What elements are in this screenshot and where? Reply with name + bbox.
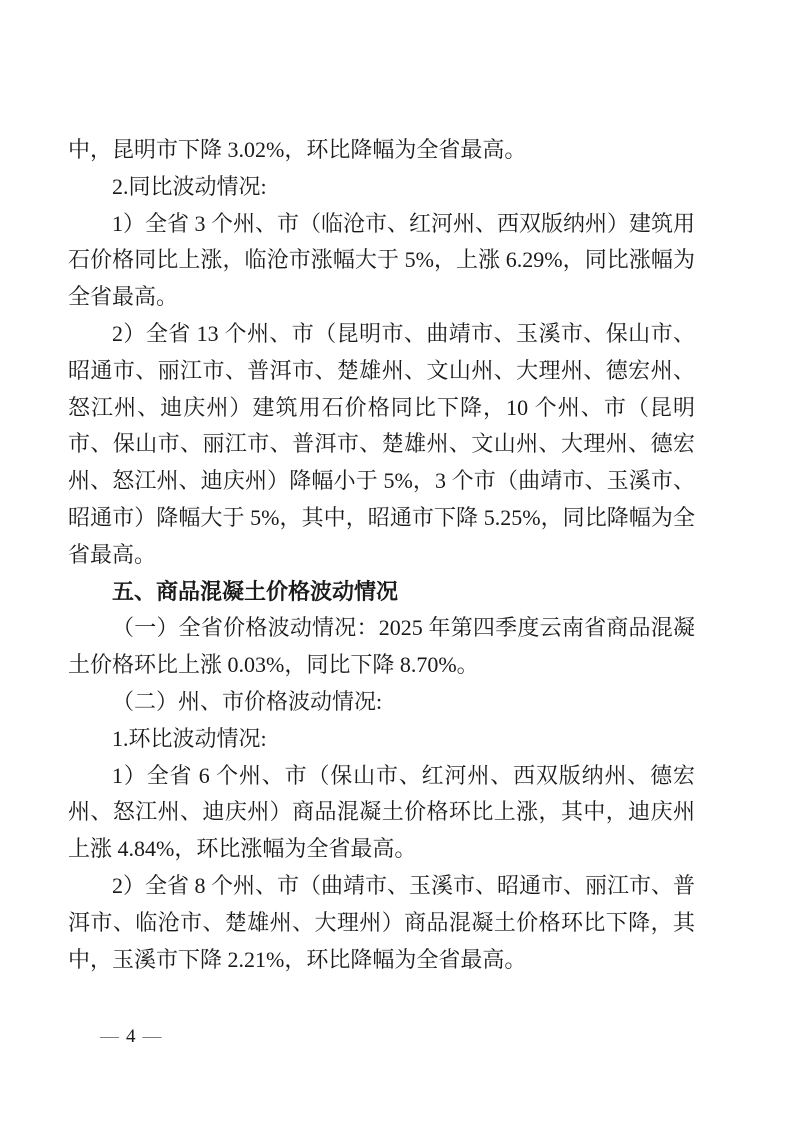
paragraph-province-price-overview: （一）全省价格波动情况：2025 年第四季度云南省商品混凝土价格环比上涨 0.0… — [68, 610, 695, 684]
paragraph-city-price-label: （二）州、市价格波动情况: — [68, 684, 695, 721]
page-number: 4 — [119, 1026, 143, 1047]
paragraph-stone-yoy-increase: 1）全省 3 个州、市（临沧市、红河州、西双版纳州）建筑用石价格同比上涨，临沧市… — [68, 206, 695, 316]
document-body: 中，昆明市下降 3.02%，环比降幅为全省最高。 2.同比波动情况: 1）全省 … — [68, 132, 695, 978]
paragraph-concrete-mom-decrease: 2）全省 8 个州、市（曲靖市、玉溪市、昭通市、丽江市、普洱市、临沧市、楚雄州、… — [68, 868, 695, 978]
paragraph-stone-yoy-decrease: 2）全省 13 个州、市（昆明市、曲靖市、玉溪市、保山市、昭通市、丽江市、普洱市… — [68, 316, 695, 574]
footer-dash-right: — — [143, 1026, 162, 1047]
paragraph-mom-decline-continued: 中，昆明市下降 3.02%，环比降幅为全省最高。 — [68, 132, 695, 169]
page-footer: —4— — [100, 1026, 162, 1048]
document-page: 中，昆明市下降 3.02%，环比降幅为全省最高。 2.同比波动情况: 1）全省 … — [0, 0, 794, 1123]
paragraph-yoy-section-label: 2.同比波动情况: — [68, 169, 695, 206]
section-heading-concrete-price: 五、商品混凝土价格波动情况 — [68, 574, 695, 611]
paragraph-mom-section-label: 1.环比波动情况: — [68, 721, 695, 758]
paragraph-concrete-mom-increase: 1）全省 6 个州、市（保山市、红河州、西双版纳州、德宏州、怒江州、迪庆州）商品… — [68, 758, 695, 868]
footer-dash-left: — — [100, 1026, 119, 1047]
